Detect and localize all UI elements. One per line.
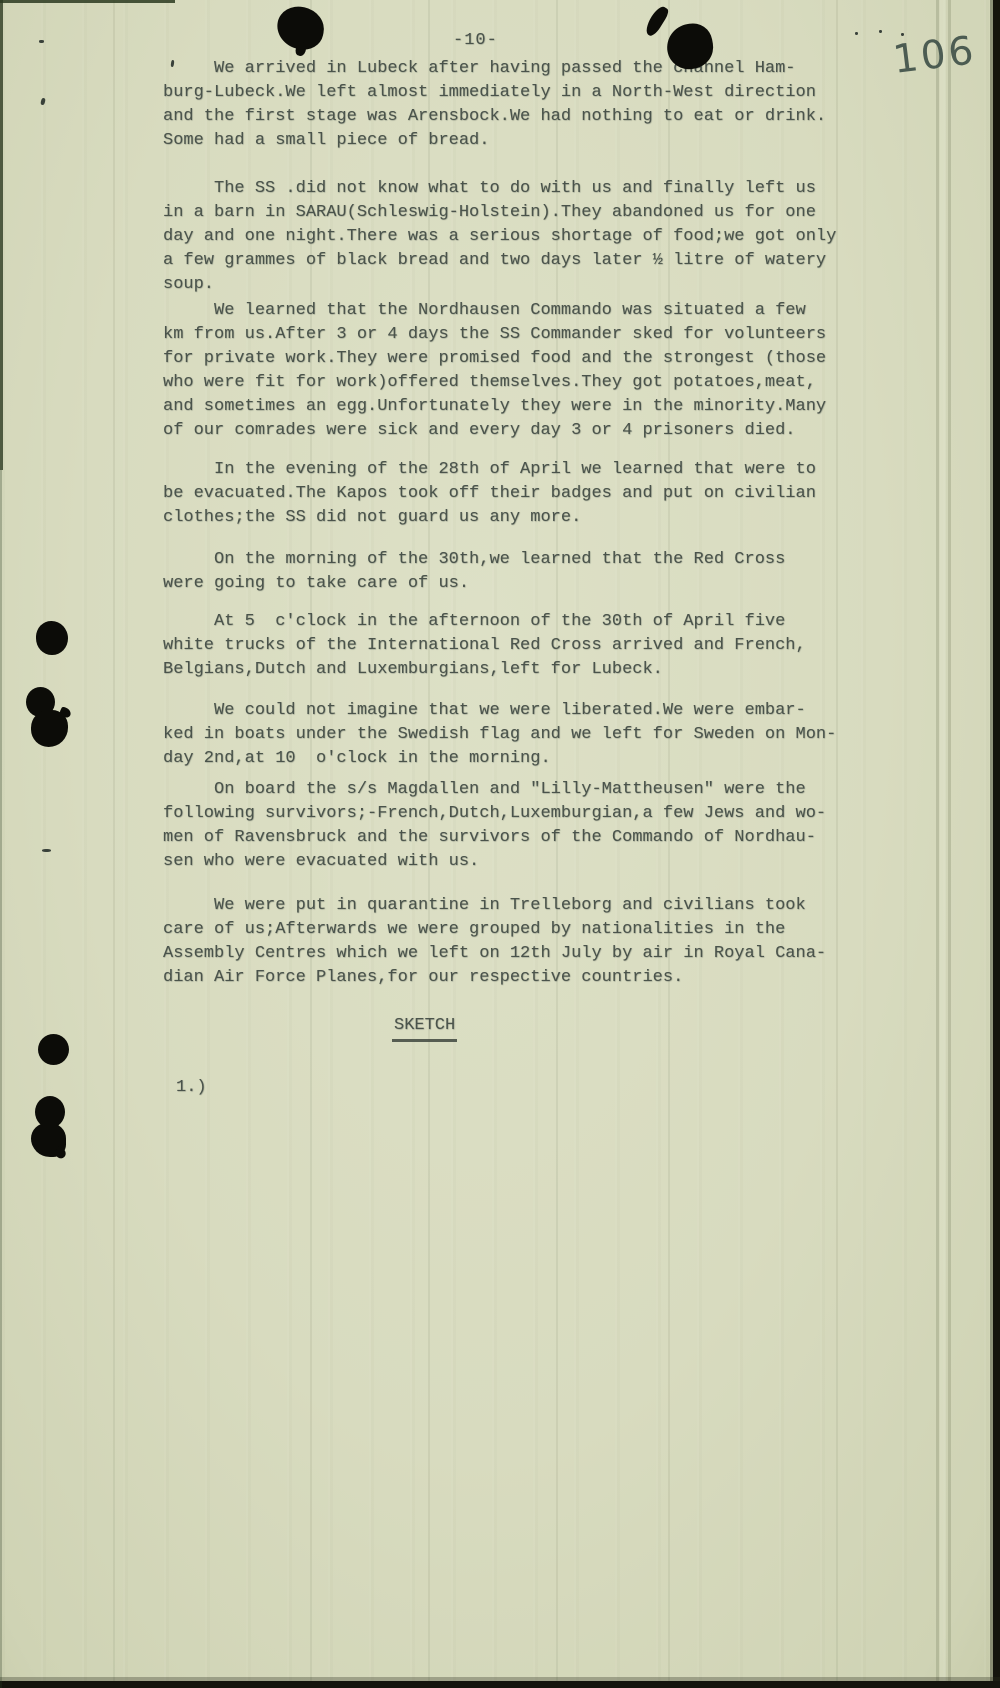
paper-speck [39, 40, 44, 43]
scan-edge-bottom [0, 1681, 1000, 1688]
paper-speck [42, 849, 51, 852]
scan-edge-right [993, 0, 1000, 1688]
sketch-item-label: 1.) [176, 1078, 207, 1097]
sketch-heading: SKETCH [392, 1015, 457, 1042]
paper-speck [901, 33, 904, 36]
scan-edge-top [0, 0, 175, 3]
paper-crease [936, 0, 939, 1688]
paragraph-8: On board the s/s Magdallen and "Lilly-Ma… [163, 778, 826, 874]
paper-crease [948, 0, 951, 1688]
scan-edge-bottom-shadow [0, 1677, 1000, 1681]
paragraph-9: We were put in quarantine in Trelleborg … [163, 894, 826, 990]
scan-edge-right-shadow [990, 0, 993, 1688]
scan-edge-left [0, 0, 3, 470]
page-number: -10- [453, 31, 498, 50]
paragraph-5: On the morning of the 30th,we learned th… [163, 548, 785, 596]
scan-streak [113, 0, 115, 1688]
paragraph-1: We arrived in Lubeck after having passed… [163, 57, 826, 153]
paragraph-2: The SS .did not know what to do with us … [163, 177, 836, 297]
paragraph-4: In the evening of the 28th of April we l… [163, 458, 816, 530]
paragraph-3: We learned that the Nordhausen Commando … [163, 299, 826, 443]
paper-crease [940, 0, 946, 1688]
folio-number-handwritten: 106 [891, 28, 979, 83]
ink-blot [36, 621, 68, 655]
ink-blot [643, 4, 671, 38]
paragraph-6: At 5 c'clock in the afternoon of the 30t… [163, 610, 806, 682]
scan-edge-left-lower [0, 470, 2, 1688]
paper-speck [40, 98, 46, 106]
scanned-document-page: -10- 106 We arrived in Lubeck after havi… [0, 0, 1000, 1688]
paper-speck [855, 32, 858, 35]
paragraph-7: We could not imagine that we were libera… [163, 699, 836, 771]
ink-blot [38, 1034, 69, 1065]
paper-speck [879, 30, 882, 33]
